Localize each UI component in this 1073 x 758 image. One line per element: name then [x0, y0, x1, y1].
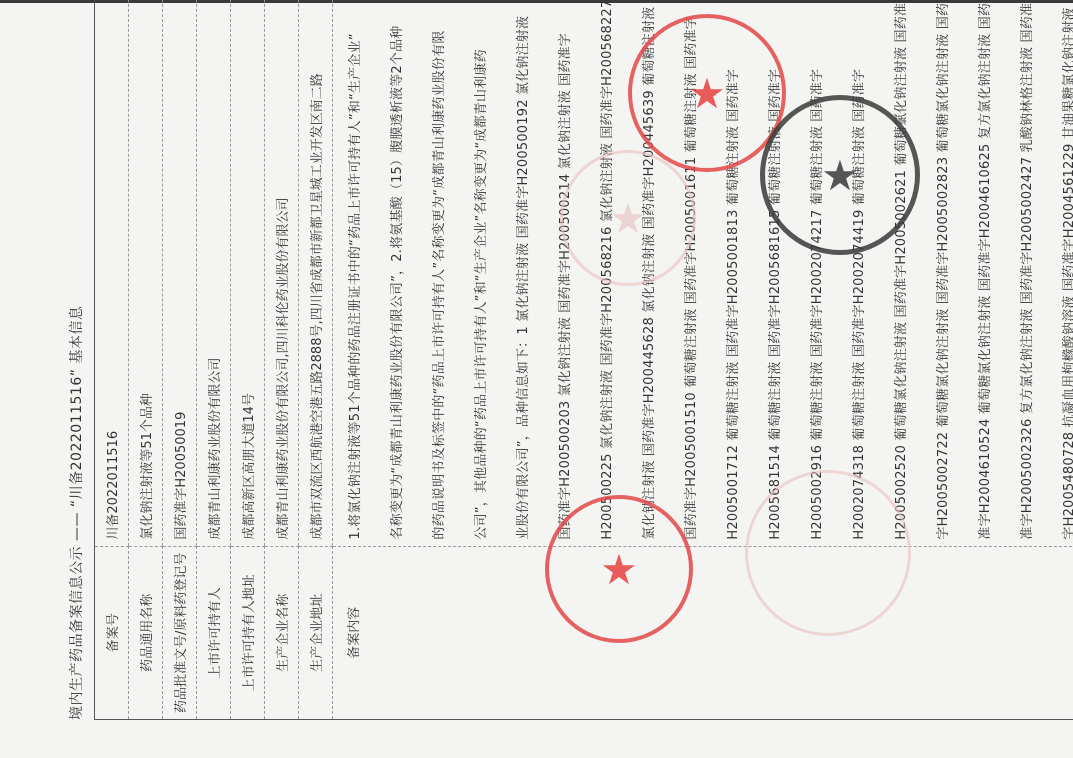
content-line: H2005002916 葡萄糖注射液 国药准字H2002074217 葡萄糖注射…: [803, 0, 845, 540]
content-line: 准字H2004610524 葡萄糖氯化钠注射液 国药准字H2004610625 …: [971, 0, 1013, 540]
faint-seal-icon: ★: [560, 150, 696, 286]
field-value: 氯化钠注射液等51个品种: [129, 0, 163, 546]
content-line: 业股份有限公司”，品种信息如下：1 氯化钠注射液 国药准字H200500192 …: [509, 0, 551, 540]
table-row: 药品通用名称 氯化钠注射液等51个品种: [129, 0, 163, 720]
field-label: 生产企业地址: [299, 546, 333, 719]
content-line: 名称变更为“成都青山利康药业股份有限公司”，2.将氨基酸（15）腹膜透析液等2个…: [383, 0, 425, 540]
field-label: 药品批准文号/原料药登记号: [163, 546, 197, 719]
content-line: 1.将氯化钠注射液等51个品种的药品注册证书中的“药品上市许可持有人”和“生产企…: [341, 0, 383, 540]
content-line: 字H2005002722 葡萄糖氯化钠注射液 国药准字H2005002823 葡…: [929, 0, 971, 540]
table-row: 生产企业地址 成都市双流区西航港空港五路2888号,四川省成都市新都卫星城工业开…: [299, 0, 333, 720]
content-line: 准字H2005002326 复方氯化钠注射液 国药准字H2005002427 乳…: [1013, 0, 1055, 540]
field-label: 上市许可持有人地址: [231, 546, 265, 719]
field-value: 成都高新区高朋大道14号: [231, 0, 265, 546]
content-line: 公司”，其他品种的“药品上市许可持有人”和“生产企业”名称变更为“成都青山利康药: [467, 0, 509, 540]
content-label: 备案内容: [333, 546, 1073, 719]
document-title: 境内生产药品备案信息公示 —— “川备2022011516” 基本信息: [66, 20, 86, 720]
content-line: 的药品说明书及标签中的“药品上市许可持有人”名称变更为“成都青山利康药业股份有限: [425, 0, 467, 540]
table-row: 备案号 川备2022011516: [95, 0, 129, 720]
field-label: 生产企业名称: [265, 546, 299, 719]
faint-seal-icon: [745, 470, 911, 636]
field-value: 成都青山利康药业股份有限公司: [197, 0, 231, 546]
red-seal-top-icon: ★: [628, 14, 786, 172]
field-value: 成都青山利康药业股份有限公司,四川科伦药业股份有限公司: [265, 0, 299, 546]
table-row: 上市许可持有人地址 成都高新区高朋大道14号: [231, 0, 265, 720]
field-label: 备案号: [95, 546, 129, 719]
table-row: 药品批准文号/原料药登记号 国药准字H20050019: [163, 0, 197, 720]
field-value: 川备2022011516: [95, 0, 129, 546]
red-seal-bottom-icon: ★: [545, 495, 693, 643]
black-seal-icon: ★: [760, 95, 920, 255]
table-row: 生产企业名称 成都青山利康药业股份有限公司,四川科伦药业股份有限公司: [265, 0, 299, 720]
field-value: 成都市双流区西航港空港五路2888号,四川省成都市新都卫星城工业开发区南二路: [299, 0, 333, 546]
content-line: 字H2005480728 抗凝血用枸橼酸钠溶液 国药准字H2004561229 …: [1055, 0, 1073, 540]
field-label: 药品通用名称: [129, 546, 163, 719]
field-value: 国药准字H20050019: [163, 0, 197, 546]
field-label: 上市许可持有人: [197, 546, 231, 719]
content-line: H2005002520 葡萄糖氯化钠注射液 国药准字H2005002621 葡萄…: [887, 0, 929, 540]
table-row: 上市许可持有人 成都青山利康药业股份有限公司: [197, 0, 231, 720]
content-line: H2002074318 葡萄糖注射液 国药准字H2002074419 葡萄糖注射…: [845, 0, 887, 540]
